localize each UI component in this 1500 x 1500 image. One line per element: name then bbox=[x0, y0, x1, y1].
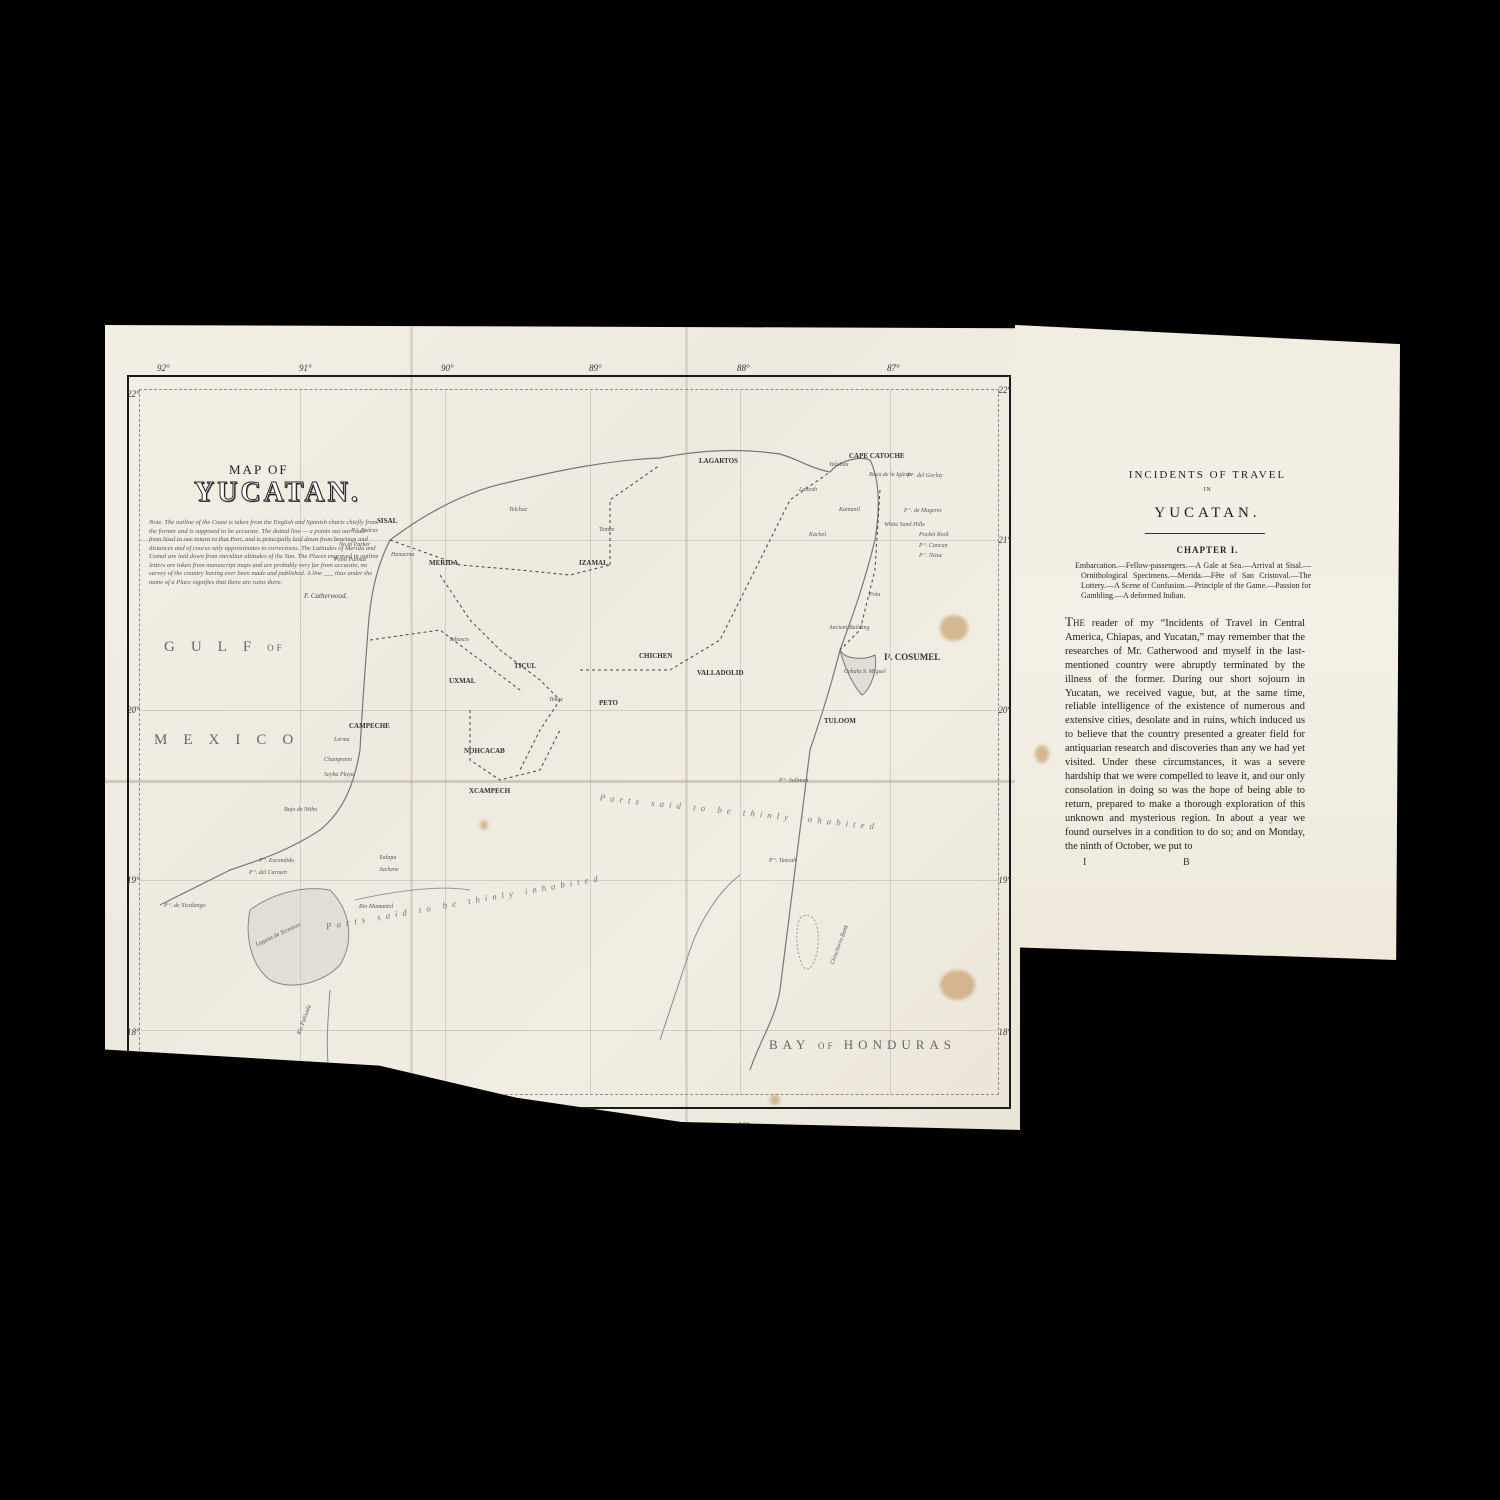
longitude-tick: 90° bbox=[441, 363, 454, 373]
place-label: XCAMPECH bbox=[469, 787, 510, 795]
place-label: P⁺. Cancun bbox=[919, 542, 948, 549]
place-label: SISAL bbox=[377, 517, 397, 525]
latitude-tick: 22° bbox=[127, 389, 140, 399]
chapter-body-text: reader of my “Incidents of Travel in Cen… bbox=[1065, 618, 1305, 852]
book-title-connector: IN bbox=[1015, 487, 1400, 493]
longitude-tick: 89° bbox=[589, 1111, 602, 1121]
place-label: P⁺. de Mugeres bbox=[904, 507, 942, 514]
place-label: NOHCACAB bbox=[464, 747, 505, 755]
place-label: Xalapa bbox=[379, 855, 396, 861]
latitude-tick: 22° bbox=[998, 385, 1011, 395]
place-label: P⁺. del Gorlay bbox=[907, 472, 943, 479]
place-label: PETO bbox=[599, 699, 618, 707]
chapter-body: The reader of my “Incidents of Travel in… bbox=[1065, 615, 1305, 853]
chapter-heading: CHAPTER I. bbox=[1015, 545, 1400, 555]
map-title: YUCATAN. bbox=[194, 477, 361, 509]
place-label: No to Parker bbox=[339, 542, 370, 548]
place-label: CAPE CATOCHE bbox=[849, 452, 905, 460]
place-label: Rio Mamantel bbox=[359, 904, 393, 910]
map-signature: F. Catherwood. bbox=[304, 592, 347, 600]
longitude-tick: 88° bbox=[737, 363, 750, 373]
place-label: Point Palmas bbox=[334, 557, 367, 563]
longitude-tick: 92° bbox=[157, 1099, 170, 1109]
longitude-tick: 92° bbox=[157, 363, 170, 373]
map-title-prefix: MAP OF bbox=[229, 462, 289, 478]
latitude-tick: 19° bbox=[998, 875, 1011, 885]
place-label: P⁺. Tancah bbox=[769, 857, 796, 864]
place-label: Kantunil bbox=[839, 507, 860, 513]
place-label: Kachel bbox=[809, 532, 826, 538]
stain bbox=[480, 820, 488, 830]
longitude-tick: 88° bbox=[737, 1121, 750, 1131]
place-label: P⁺. de Xicalango bbox=[164, 902, 206, 909]
place-label: P⁺. Nizuc bbox=[919, 552, 943, 559]
place-label: Pocket Rock bbox=[919, 532, 949, 538]
place-label: P⁺. Soliman bbox=[779, 777, 809, 784]
place-label: P⁺. Pedras bbox=[351, 527, 378, 534]
place-label: LAGARTOS bbox=[699, 457, 738, 465]
place-label: Labcah bbox=[799, 487, 817, 493]
place-label: MERIDA bbox=[429, 559, 458, 567]
place-label: Lerma bbox=[334, 737, 350, 743]
place-label: TICUL bbox=[514, 662, 536, 670]
place-label: Champoton bbox=[324, 757, 352, 763]
place-label: P⁺. Escondido bbox=[259, 857, 294, 864]
place-label: VALLADOLID bbox=[697, 669, 744, 677]
place-label: IZAMAL bbox=[579, 559, 608, 567]
sea-label-mexico: MEXICO bbox=[154, 732, 309, 749]
book-running-title: INCIDENTS OF TRAVEL bbox=[1015, 469, 1400, 481]
place-label: Cehala S. Miguel bbox=[844, 669, 886, 675]
latitude-tick: 20° bbox=[998, 705, 1011, 715]
sea-label-gulf: GULFOF bbox=[164, 639, 285, 656]
longitude-tick: 91° bbox=[299, 363, 312, 373]
place-label: P⁺. del Carmen bbox=[249, 869, 287, 876]
place-label: Juchene bbox=[379, 867, 399, 873]
stain bbox=[770, 1095, 780, 1105]
latitude-tick: 21° bbox=[998, 535, 1011, 545]
book-page: INCIDENTS OF TRAVEL IN YUCATAN. CHAPTER … bbox=[1015, 325, 1400, 960]
stain bbox=[1035, 745, 1049, 763]
place-label: Telchac bbox=[509, 507, 527, 513]
longitude-tick: 87° bbox=[887, 363, 900, 373]
place-label: Ancient Building bbox=[829, 625, 870, 631]
longitude-tick: 91° bbox=[299, 1099, 312, 1109]
place-label: White Sand Hills bbox=[884, 522, 925, 528]
title-rule bbox=[1145, 533, 1265, 534]
map-frame: 92° 91° 90° 89° 88° 87° 92° 91° 90° 89° … bbox=[127, 375, 1011, 1109]
map-sheet: 92° 91° 90° 89° 88° 87° 92° 91° 90° 89° … bbox=[105, 325, 1020, 1130]
stain bbox=[940, 615, 968, 641]
chapter-summary: Embarcation.—Fellow-passengers.—A Gale a… bbox=[1075, 561, 1311, 601]
signature-mark: I bbox=[1083, 857, 1086, 868]
sea-label-bay-of-honduras: BAY OF HONDURAS bbox=[769, 1037, 956, 1053]
latitude-tick: 19° bbox=[127, 875, 140, 885]
place-label: Bajo de Nitho bbox=[284, 807, 317, 813]
place-label: Yalahau bbox=[829, 462, 848, 468]
place-label: TULOOM bbox=[824, 717, 856, 725]
place-label: Tabasco bbox=[449, 637, 469, 643]
place-label: Seyba Playa bbox=[324, 772, 354, 778]
place-label: CHICHEN bbox=[639, 652, 672, 660]
place-label: I². COSUMEL bbox=[884, 652, 940, 662]
map-note: Note. The outline of the Coast is taken … bbox=[149, 519, 379, 587]
place-label: CAMPECHE bbox=[349, 722, 390, 730]
stain bbox=[380, 1085, 392, 1115]
latitude-tick: 18° bbox=[998, 1027, 1011, 1037]
map-credit: 87° West from Greenwich bbox=[938, 1131, 999, 1137]
place-label: UXMAL bbox=[449, 677, 475, 685]
place-label: Palizada bbox=[304, 1067, 325, 1073]
place-label: Tekax bbox=[549, 697, 563, 703]
book-title: YUCATAN. bbox=[1015, 505, 1400, 522]
longitude-tick: 89° bbox=[589, 363, 602, 373]
place-label: Hunucma bbox=[391, 552, 414, 558]
latitude-tick: 18° bbox=[127, 1027, 140, 1037]
longitude-tick: 90° bbox=[441, 1103, 454, 1113]
place-label: Temax bbox=[599, 527, 614, 533]
drop-word: The bbox=[1065, 614, 1085, 629]
stain bbox=[940, 970, 975, 1000]
place-label: Boca de la Iglesia bbox=[869, 472, 913, 478]
latitude-tick: 20° bbox=[127, 705, 140, 715]
place-label: Pola bbox=[869, 592, 880, 598]
signature-mark: B bbox=[1183, 857, 1190, 868]
